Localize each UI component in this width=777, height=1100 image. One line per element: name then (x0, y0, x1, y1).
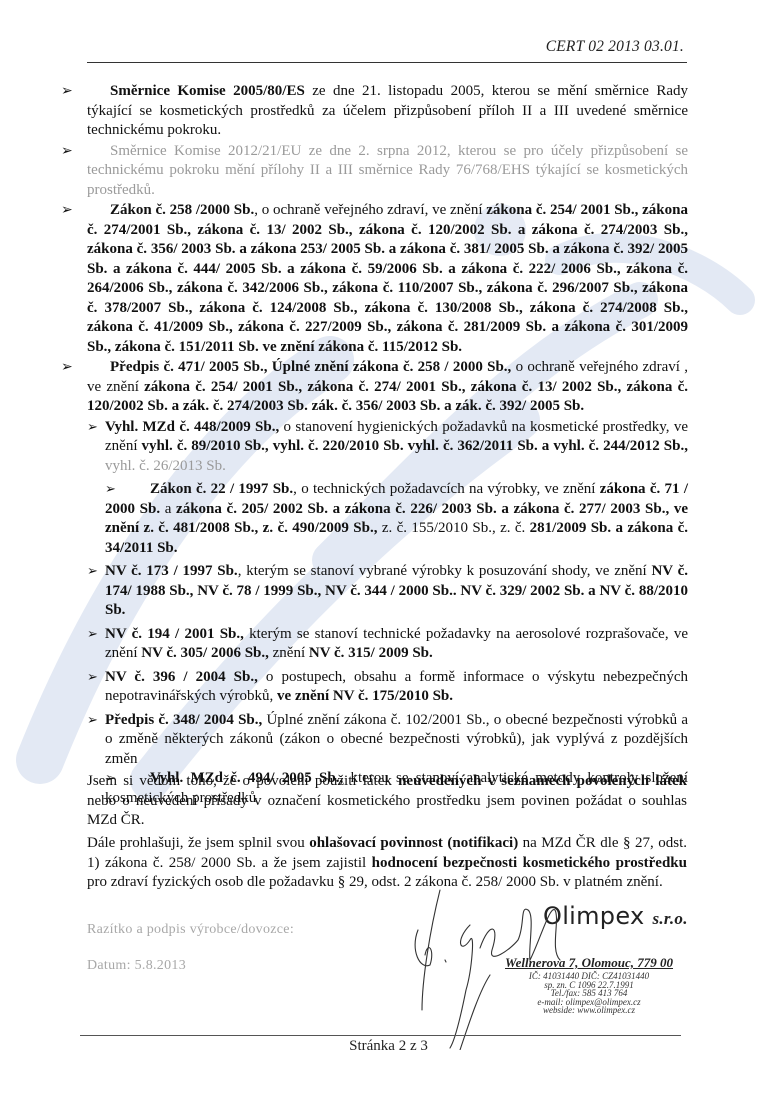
sub-list-item: ➢ NV č. 194 / 2001 Sb., kterým se stanov… (60, 625, 688, 664)
list-item: ➢ Předpis č. 471/ 2005 Sb., Úplné znění … (60, 358, 688, 417)
item-title: NV č. 396 / 2004 Sb., (105, 669, 258, 685)
stamp-signature-label: Razítko a podpis výrobce/dovozce: (87, 922, 294, 938)
item-title: Předpis č. 471/ 2005 Sb., Úplné znění zá… (110, 359, 511, 375)
sub-list-item: ➢ Vyhl. MZd č. 448/2009 Sb., o stanovení… (60, 418, 688, 477)
arrow-bullet-icon: ➢ (61, 142, 73, 162)
item-title: Předpis č. 348/ 2004 Sb., (105, 712, 262, 728)
declaration-text: Dále prohlašuji, že jsem splnil svou (87, 835, 309, 851)
document-page: CERT 02 2013 03.01. ➢ Směrnice Komise 20… (0, 0, 777, 1100)
declaration-paragraph-1: Jsem si vědom toho, že o povolení použit… (87, 772, 687, 831)
item-amendments: ve znění NV č. 175/2010 Sb. (277, 688, 453, 704)
list-item: ➢ Směrnice Komise 2005/80/ES ze dne 21. … (60, 82, 688, 141)
page-number: Stránka 2 z 3 (0, 1038, 777, 1055)
item-text-faded: Směrnice Komise 2012/21/EU ze dne 2. srp… (87, 143, 688, 198)
item-text: , kterým se stanoví vybrané výrobky k po… (238, 563, 652, 579)
arrow-bullet-icon: ➢ (87, 668, 98, 688)
item-title: NV č. 173 / 1997 Sb. (105, 563, 238, 579)
header-divider (87, 62, 687, 63)
list-item: ➢ Směrnice Komise 2012/21/EU ze dne 2. s… (60, 142, 688, 201)
item-title: Zákon č. 22 / 1997 Sb. (150, 481, 293, 497)
declaration-text: nebo o neuvedení přísady v označení kosm… (87, 793, 687, 829)
item-text: , o technických požadavcích na výrobky, … (293, 481, 600, 497)
item-title: Vyhl. MZd č. 448/2009 Sb., (105, 419, 279, 435)
sub-list-item: ➢ NV č. 396 / 2004 Sb., o postupech, obs… (60, 668, 688, 707)
footer-divider (80, 1035, 681, 1036)
item-amendments: NV č. 305/ 2006 Sb., (141, 645, 269, 661)
sub-list-item: ➢ NV č. 173 / 1997 Sb., kterým se stanov… (60, 562, 688, 621)
arrow-bullet-icon: ➢ (105, 480, 150, 500)
item-text: znění (269, 645, 309, 661)
list-item: ➢ Zákon č. 258 /2000 Sb., o ochraně veře… (60, 201, 688, 357)
item-text-faded: vyhl. č. 26/2013 Sb. (105, 458, 226, 474)
arrow-bullet-icon: ➢ (87, 562, 98, 582)
item-title: NV č. 194 / 2001 Sb., (105, 626, 244, 642)
declaration-text: Jsem si vědom toho, že o povolení použit… (87, 773, 398, 789)
declaration-emphasis: hodnocení bezpečnosti kosmetického prost… (372, 855, 687, 871)
item-text: a (160, 501, 176, 517)
arrow-bullet-icon: ➢ (87, 625, 98, 645)
item-title: Zákon č. 258 /2000 Sb. (110, 202, 254, 218)
item-text: z. č. 155/2010 Sb., z. č. (377, 520, 529, 536)
declaration-emphasis: ohlašovací povinnost (notifikaci) (309, 835, 518, 851)
item-text: , o ochraně veřejného zdraví, ve znění (254, 202, 486, 218)
date-label: Datum: 5.8.2013 (87, 958, 186, 974)
arrow-bullet-icon: ➢ (61, 358, 73, 378)
arrow-bullet-icon: ➢ (61, 82, 73, 102)
arrow-bullet-icon: ➢ (87, 711, 98, 731)
regulation-list: ➢ Směrnice Komise 2005/80/ES ze dne 21. … (60, 82, 688, 812)
item-amendments: zákona č. 254/ 2001 Sb., zákona č. 274/ … (87, 379, 688, 415)
arrow-bullet-icon: ➢ (61, 201, 73, 221)
handwritten-signature (400, 880, 660, 1050)
document-code: CERT 02 2013 03.01. (546, 38, 684, 56)
item-title: Směrnice Komise 2005/80/ES (110, 83, 305, 99)
sub-list-item: ➢Zákon č. 22 / 1997 Sb., o technických p… (60, 480, 688, 558)
declaration-emphasis: neuvedených v seznamech povolených látek (398, 773, 687, 789)
sub-list-item: ➢ Předpis č. 348/ 2004 Sb., Úplné znění … (60, 711, 688, 770)
item-amendments: vyhl. č. 89/2010 Sb., vyhl. č. 220/2010 … (142, 438, 688, 454)
item-amendments: NV č. 315/ 2009 Sb. (309, 645, 433, 661)
item-amendments: zákona č. 254/ 2001 Sb., zákona č. 274/2… (87, 202, 688, 355)
arrow-bullet-icon: ➢ (87, 418, 98, 438)
